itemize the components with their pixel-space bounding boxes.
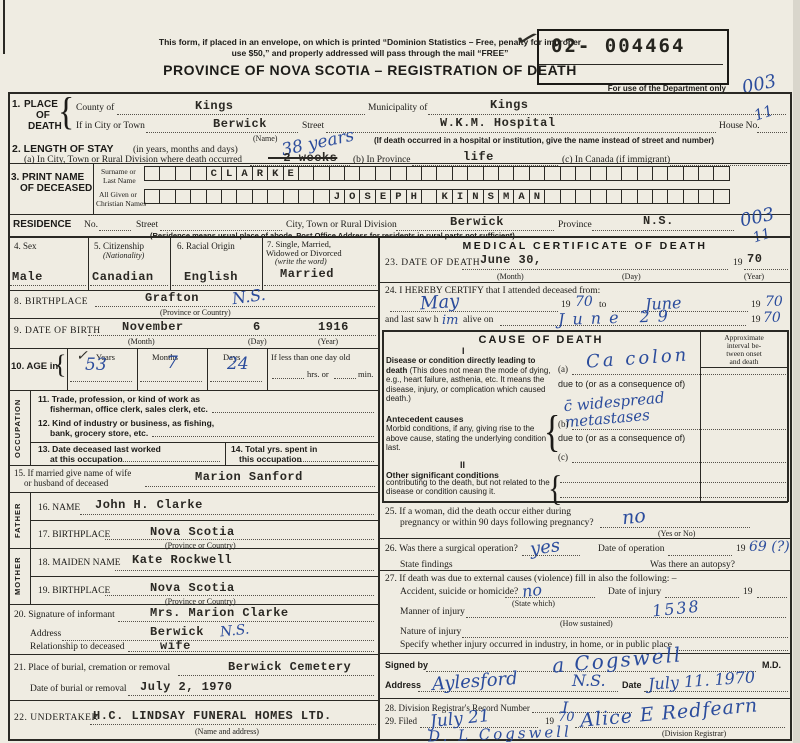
rule	[8, 318, 379, 319]
leader	[744, 269, 788, 270]
leader	[298, 461, 374, 462]
cause-desc-rest: (This does not mean the mode of dying, e…	[386, 366, 551, 404]
rule	[137, 348, 138, 390]
q27-nature-label: Nature of injury	[400, 627, 461, 637]
stay-b-value: life	[463, 150, 494, 164]
leader	[522, 555, 580, 556]
cause-desc: Disease or condition directly leading to…	[386, 356, 558, 404]
leader	[90, 285, 168, 286]
leader	[600, 527, 750, 528]
age-months-value: 7	[167, 353, 178, 373]
rule	[30, 520, 379, 521]
leader	[466, 617, 786, 618]
death-registration-form: This form, if placed in an envelope, on …	[0, 0, 800, 743]
interval-line4: and death	[701, 357, 787, 366]
form-border-left	[8, 92, 10, 741]
to-19: 19	[751, 300, 761, 310]
marital-note: (write the word)	[275, 257, 327, 266]
dob-year: 1916	[318, 320, 349, 334]
leader	[115, 570, 374, 571]
residence-code-handwritten: 003	[738, 204, 776, 232]
place-num: 1.	[12, 99, 20, 110]
age-hrs-label: hrs. or	[307, 369, 329, 379]
father-bp-label: 17. BIRTHPLACE	[38, 530, 110, 540]
last-saw-him-handwritten: im	[442, 313, 459, 328]
stay-label-note: (in years, months and days)	[133, 145, 238, 155]
leader	[676, 650, 788, 651]
leader	[560, 497, 786, 498]
printname-num: 3.	[11, 172, 19, 183]
birthplace-handwritten: N.S.	[231, 285, 267, 308]
rule	[8, 163, 791, 164]
leader	[105, 595, 374, 596]
undertaker-value: H.C. LINDSAY FUNERAL HOMES LTD.	[93, 709, 332, 723]
father-vertical-label: FATHER	[13, 497, 22, 543]
occ-11-line1: 11. Trade, profession, or kind of work a…	[38, 394, 200, 404]
sex-label: 4. Sex	[14, 241, 37, 251]
leader	[505, 597, 595, 598]
city-name-note: (Name)	[253, 134, 277, 143]
cause-box-left	[382, 330, 384, 502]
leader	[665, 597, 739, 598]
rule	[700, 367, 788, 368]
city-label: If in City or Town	[76, 121, 145, 131]
leader	[390, 311, 558, 312]
dob-month: November	[122, 320, 184, 334]
undertaker-label: 22. UNDERTAKER	[14, 713, 98, 723]
q27-acc-label: Accident, suicide or homicide?	[400, 587, 518, 597]
rule	[8, 492, 379, 493]
leader	[128, 651, 374, 652]
residence-city-value: Berwick	[450, 215, 504, 229]
citizenship-label: 5. Citizenship	[94, 241, 144, 251]
informant-addr-value: Berwick	[150, 625, 204, 639]
municipality-label: Municipality of	[368, 103, 427, 113]
given-label1: All Given or	[99, 190, 137, 199]
burial-place-label: 21. Place of burial, cremation or remova…	[14, 663, 170, 673]
cause-box-right	[787, 330, 789, 502]
attended-from-handwritten: May	[419, 291, 460, 315]
leader	[70, 381, 132, 382]
occ-11-line2: fisherman, office clerk, sales clerk, et…	[50, 404, 208, 414]
dod-year-value: 70	[747, 252, 762, 266]
rule	[267, 348, 268, 390]
leader	[99, 230, 131, 231]
rule	[67, 348, 68, 390]
rule	[93, 163, 94, 214]
dod-value: June 30,	[480, 253, 542, 267]
residence-prov-label: Province	[558, 220, 592, 230]
signed-by-label: Signed by	[385, 660, 428, 670]
rule	[8, 465, 379, 466]
last-saw-label2: alive on	[463, 315, 493, 325]
cause-section-i: I	[462, 346, 465, 356]
dod-label: 23. DATE OF DEATH	[385, 258, 480, 268]
stamp-divider	[539, 64, 723, 65]
leader	[668, 555, 732, 556]
leader	[560, 482, 786, 483]
birthplace-value: Grafton	[145, 291, 199, 305]
leader	[140, 381, 202, 382]
dod-day-note: (Day)	[622, 272, 641, 281]
occ-14-line2: this occupation	[239, 454, 302, 464]
cause-b-label: (b)	[558, 419, 569, 429]
rule	[378, 538, 791, 539]
antecedent-bold: Antecedent causes	[386, 414, 463, 424]
age-years-value: 53	[85, 355, 107, 375]
leader	[152, 436, 374, 437]
leader	[572, 374, 786, 375]
street-label: Street	[302, 121, 324, 131]
leader	[210, 381, 262, 382]
mother-name-value: Kate Rockwell	[132, 553, 232, 567]
burial-place-value: Berwick Cemetery	[228, 660, 351, 674]
q25-label1: 25. If a woman, did the death occur eith…	[385, 507, 571, 517]
leader	[146, 132, 298, 133]
birthplace-label: 8. BIRTHPLACE	[14, 297, 88, 307]
leader	[117, 114, 365, 115]
leader	[178, 675, 374, 676]
dod-19: 19	[733, 258, 743, 268]
informant-sig-value: Mrs. Marion Clarke	[150, 606, 289, 620]
leader	[145, 486, 375, 487]
residence-street-label: Street	[136, 220, 158, 230]
rule	[30, 576, 379, 577]
rule	[8, 700, 379, 701]
stay-label: 2. LENGTH OF STAY	[12, 143, 114, 155]
leader	[80, 514, 374, 515]
rule	[8, 236, 791, 238]
age-min-label: min.	[358, 369, 373, 379]
leader	[62, 640, 374, 641]
county-value: Kings	[195, 99, 234, 113]
form-border-top	[8, 92, 792, 94]
residence-prov-value: N.S.	[643, 214, 674, 228]
cause-title: CAUSE OF DEATH	[383, 334, 699, 346]
leader	[757, 132, 787, 133]
father-name-value: John H. Clarke	[95, 498, 203, 512]
q27-manner-label: Manner of injury	[400, 607, 465, 617]
column-divider	[378, 236, 380, 740]
q26-answer-handwritten: yes	[529, 535, 562, 560]
q27-19: 19	[743, 587, 753, 597]
age-less-label: If less than one day old	[271, 352, 350, 362]
rule	[30, 442, 379, 443]
dob-day-note: (Day)	[248, 337, 267, 346]
q27-state-note: (State which)	[512, 599, 555, 608]
rule	[378, 570, 791, 571]
rule	[225, 442, 226, 465]
county-label: County of	[76, 103, 114, 113]
leader	[105, 539, 374, 540]
medical-title: MEDICAL CERTIFICATE OF DEATH	[379, 240, 791, 252]
stamp-checkmark: ✓	[511, 23, 543, 54]
cause-section-ii: II	[460, 460, 465, 470]
q26-date-label: Date of operation	[598, 544, 664, 554]
leader	[428, 114, 786, 115]
occ-12-line1: 12. Kind of industry or business, as fis…	[38, 418, 214, 428]
dept-code-handwritten: 003	[740, 71, 778, 99]
leader	[95, 306, 375, 307]
cause-a-label: (a)	[558, 364, 568, 374]
undertaker-note: (Name and address)	[195, 727, 259, 736]
mother-bp-label: 19. BIRTHPLACE	[38, 586, 110, 596]
q26-findings-label: State findings	[400, 560, 453, 570]
place-label2: OF	[36, 110, 50, 121]
cause-box-top	[382, 330, 788, 332]
from-19: 19	[561, 300, 571, 310]
leader	[172, 285, 260, 286]
residence-label: RESIDENCE	[13, 219, 71, 230]
form-border-right	[790, 92, 792, 741]
leader	[462, 637, 788, 638]
leader	[272, 378, 304, 379]
dod-year-note: (Year)	[744, 272, 764, 281]
hospital-note: (If death occurred in a hospital or inst…	[374, 136, 714, 145]
spouse-label2: or husband of deceased	[24, 478, 108, 488]
dob-year-note: (Year)	[318, 337, 338, 346]
printname-label2: OF DECEASED	[20, 183, 92, 194]
spouse-label1: 15. If married give name of wife	[14, 468, 131, 478]
sex-value: Male	[12, 270, 43, 284]
leader	[120, 461, 220, 462]
surname-label2: Last Name	[103, 176, 136, 185]
occ-13-line1: 13. Date deceased last worked	[38, 444, 161, 454]
leader	[88, 335, 376, 336]
informant-addr-label: Address	[30, 629, 61, 639]
residence-no-label: No.	[84, 220, 98, 230]
rule	[8, 548, 379, 549]
birthplace-prov-note: (Province or Country)	[160, 308, 231, 317]
age-label: 10. AGE in	[11, 361, 58, 372]
q26-year-handwritten: 69 (?)	[749, 539, 790, 555]
registration-number-stamp: 02- 004464	[537, 29, 729, 85]
q25-label2: pregnancy or within 90 days following pr…	[400, 518, 594, 528]
last-saw-label1: and last saw h	[385, 315, 439, 325]
saw-year-handwritten: 70	[763, 310, 781, 326]
saw-19: 19	[751, 315, 761, 325]
residence-city-label: City, Town or Rural Division	[286, 220, 397, 230]
q27-inj-date-label: Date of injury	[608, 587, 661, 597]
place-label3: DEATH	[28, 121, 62, 132]
racial-origin-value: English	[184, 270, 238, 284]
cause-a-due-handwritten: c̄ widespread metastases	[563, 382, 755, 430]
informant-rel-label: Relationship to deceased	[30, 642, 124, 652]
q26-autopsy-label: Was there an autopsy?	[650, 560, 735, 570]
leader	[10, 285, 86, 286]
dod-month-note: (Month)	[497, 272, 524, 281]
division-registrar-note: (Division Registrar)	[662, 729, 726, 738]
stamp-number: 02- 004464	[551, 35, 685, 57]
occ-12-line2: bank, grocery store, etc.	[50, 428, 148, 438]
place-brace: {	[58, 91, 74, 135]
page-edge-right	[793, 0, 800, 743]
street-value: W.K.M. Hospital	[440, 116, 556, 130]
given-label2: Christian Names	[96, 199, 146, 208]
leader	[90, 724, 376, 725]
rule	[378, 282, 791, 283]
father-bp-value: Nova Scotia	[150, 525, 235, 539]
age-brace: {	[54, 350, 66, 380]
from-year-handwritten: 70	[575, 294, 593, 310]
mother-vertical-label: MOTHER	[13, 553, 22, 599]
cause-c-label: (c)	[558, 452, 568, 462]
leader	[212, 412, 374, 413]
cause-box-bottom	[382, 501, 788, 503]
leader	[572, 462, 786, 463]
rule	[262, 236, 263, 290]
antecedent-rest: Morbid conditions, if any, giving rise t…	[386, 424, 558, 453]
other-conditions-rest: contributing to the death, but not relat…	[386, 479, 566, 496]
rule	[8, 390, 379, 391]
occupation-vertical-label: OCCUPATION	[13, 393, 22, 463]
leader	[264, 285, 376, 286]
place-label1: PLACE	[24, 99, 58, 110]
to-year-handwritten: 70	[765, 294, 783, 310]
scan-artifact-line	[3, 0, 5, 54]
surname-grid: CLARKE	[145, 166, 730, 181]
leader	[592, 230, 734, 231]
rule	[8, 348, 379, 349]
signed-addr-label: Address	[385, 680, 421, 690]
father-name-label: 16. NAME	[38, 503, 80, 513]
municipality-value: Kings	[490, 98, 529, 112]
leader	[128, 695, 374, 696]
form-border-bottom	[8, 739, 792, 741]
citizenship-value: Canadian	[92, 270, 154, 284]
signed-addr2-handwritten: N.S.	[572, 671, 606, 690]
q26-label: 26. Was there a surgical operation?	[385, 544, 518, 554]
cause-a-handwritten: Ca colon	[585, 344, 690, 372]
racial-origin-label: 6. Racial Origin	[177, 241, 235, 251]
leader	[326, 132, 716, 133]
rule	[30, 390, 31, 465]
q26-19: 19	[736, 544, 746, 554]
cause-b-due-label: due to (or as a consequence of)	[558, 433, 685, 443]
rule	[207, 348, 208, 390]
burial-date-value: July 2, 1970	[140, 680, 232, 694]
certify-label: 24. I HEREBY CERTIFY that I attended dec…	[385, 286, 600, 296]
mother-bp-value: Nova Scotia	[150, 581, 235, 595]
burial-date-label: Date of burial or removal	[30, 684, 127, 694]
leader	[572, 429, 786, 430]
md-label: M.D.	[762, 660, 781, 670]
informant-addr-handwritten: N.S.	[219, 622, 250, 641]
dob-month-note: (Month)	[128, 337, 155, 346]
given-names-grid: JOSEPHKINSMAN	[145, 189, 730, 204]
rule	[8, 654, 379, 655]
cause-a-due-label: due to (or as a consequence of)	[558, 379, 685, 389]
house-no-label: House No.	[719, 121, 760, 131]
q25-note: (Yes or No)	[658, 529, 695, 538]
marital-value: Married	[280, 267, 334, 281]
city-value: Berwick	[213, 117, 267, 131]
leader	[462, 269, 728, 270]
citizenship-note: (Nationality)	[103, 251, 144, 260]
cause-other-brace: {	[548, 469, 562, 510]
printname-label1: PRINT NAME	[22, 172, 84, 183]
mother-maiden-label: 18. MAIDEN NAME	[38, 558, 121, 568]
rule	[170, 236, 171, 290]
occ-14-line1: 14. Total yrs. spent in	[231, 444, 317, 454]
leader	[575, 727, 785, 728]
rule	[88, 236, 89, 290]
r29-label: 29. Filed	[385, 716, 417, 726]
signed-date-label: Date	[622, 680, 642, 690]
rule	[8, 604, 379, 605]
informant-sig-label: 20. Signature of informant	[14, 610, 115, 620]
age-days-value: 24	[227, 354, 249, 374]
leader	[757, 597, 787, 598]
spouse-value: Marion Sanford	[195, 470, 303, 484]
q27-how-note: (How sustained)	[560, 619, 613, 628]
leader	[334, 378, 356, 379]
surname-label1: Surname or	[101, 167, 136, 176]
occ-13-line2: at this occupation	[50, 454, 123, 464]
q25-answer-handwritten: no	[621, 505, 647, 529]
dob-day: 6	[253, 320, 261, 334]
